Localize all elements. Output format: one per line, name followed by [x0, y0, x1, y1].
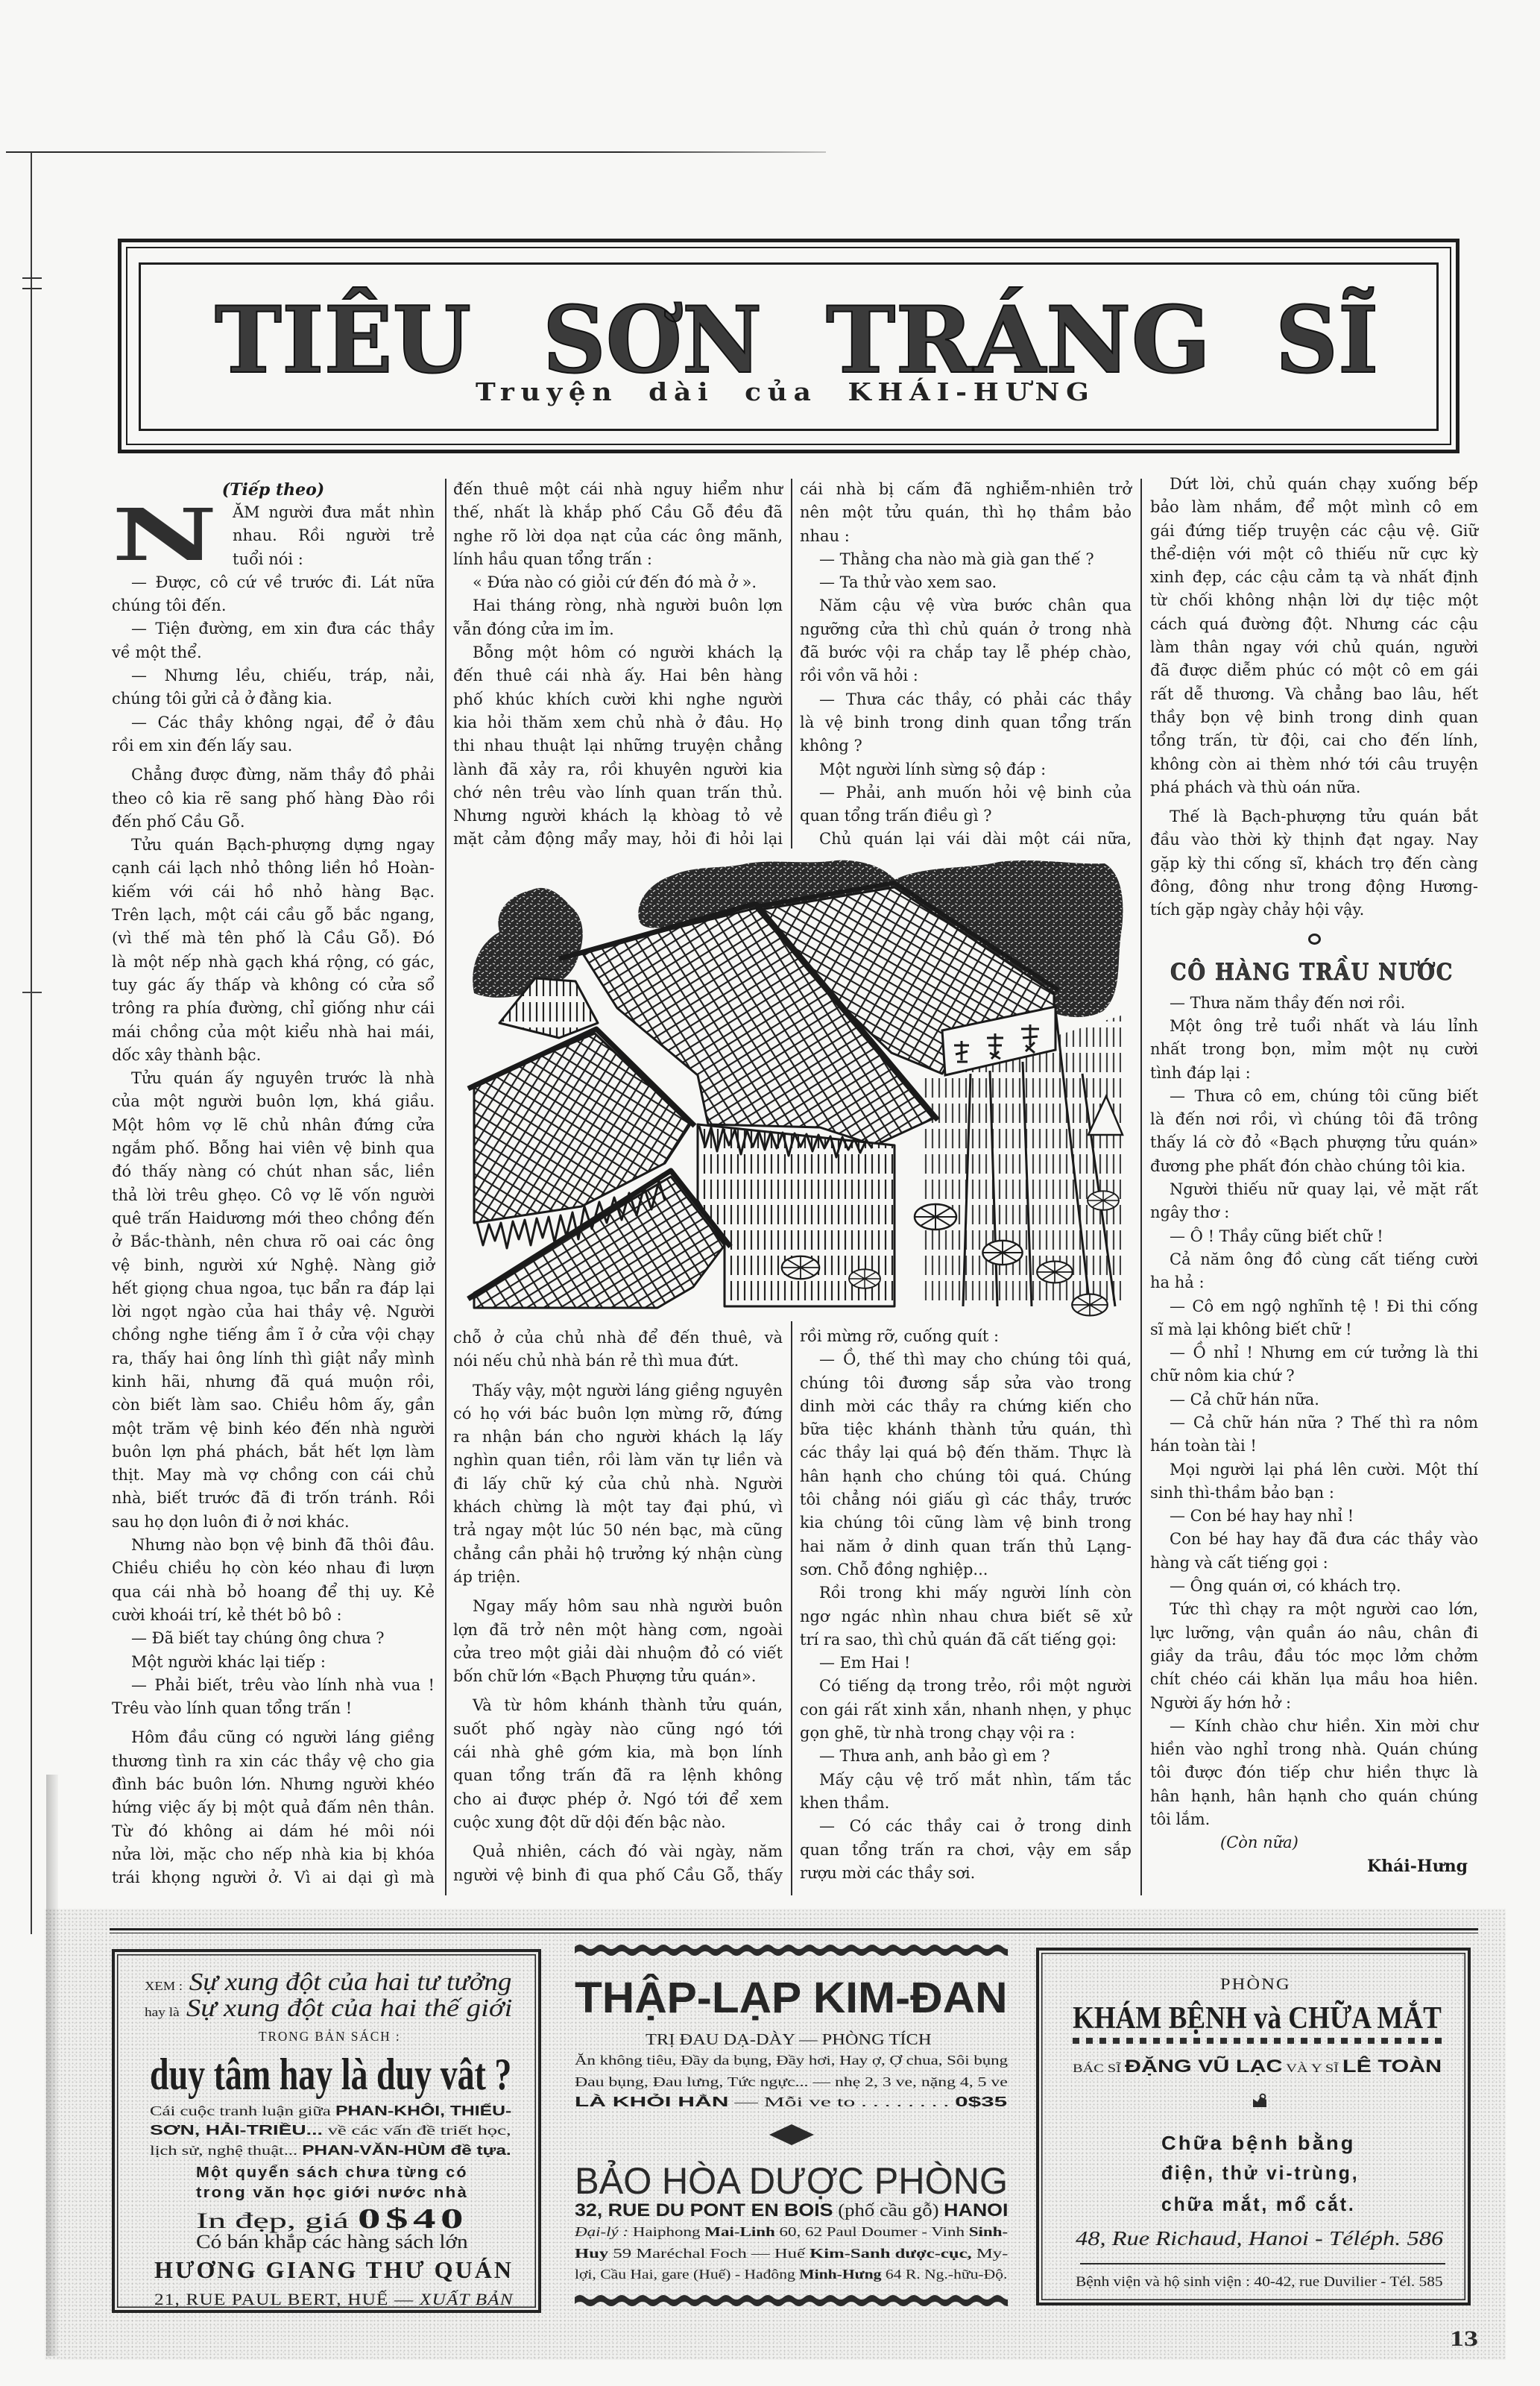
- doctor-name: ĐẶNG VŨ LẠC: [1125, 2056, 1283, 2077]
- text-line: Hôm đầu cũng có người láng giềng: [112, 1726, 435, 1749]
- text-line: (vì thế mà tên phố là Cầu Gỗ). Đó: [112, 927, 435, 950]
- text-line: thi nhau thuật lại những truyện chẳng: [453, 734, 783, 758]
- text-line: ở Bắc-thành, nên chưa rõ oai các ông: [112, 1230, 435, 1253]
- text-line: rồi vồn vã hỏi :: [800, 664, 1132, 687]
- text-line: Một người lính sừng sộ đáp :: [800, 758, 1132, 781]
- ad-clinic-address: 48, Rue Richaud, Hanoi - Téléph. 586: [1076, 2226, 1443, 2250]
- text-line: đến thuê cái nhà ấy. Hai bên hàng: [453, 664, 783, 687]
- address: 21, RUE PAUL BERT, HUẾ —: [154, 2290, 420, 2308]
- paragraph: — Cô em ngộ nghĩnh tệ ! Đi thi cốngsĩ mà…: [1150, 1295, 1478, 1342]
- text-line: Hai tháng ròng, nhà người buôn lợn: [453, 594, 783, 617]
- text-line: — Thằng cha nào mà già gan thế ?: [800, 548, 1132, 571]
- text-line: kinh hãi, nhưng đã quá muộn rồi,: [112, 1370, 435, 1394]
- ad-book-availability: Có bán khắp các hàng sách lớn: [196, 2231, 468, 2253]
- names: PHAN-VĂN-HÙM đề tựa.: [302, 2143, 511, 2158]
- text-line: — Thưa các thầy, có phải các thầy: [800, 688, 1132, 711]
- paragraph: Có tiếng dạ trong trẻo, rồi một ngườicon…: [800, 1675, 1132, 1745]
- page-edge-shadow: [46, 1775, 58, 2356]
- text-line: — Có các thầy cai ở trong dinh: [800, 1815, 1132, 1838]
- paragraph: — Các thầy không ngại, để ở đâurồi em xi…: [112, 711, 435, 758]
- text-line: tuổi nói :: [233, 548, 435, 571]
- text-line: cái nhà bị cấm đã nghiễm-nhiên trở: [800, 478, 1132, 501]
- page-margin-line: [31, 152, 32, 1934]
- text-line: chồng nghe tiếng ầm ĩ ở cửa vội chạy: [112, 1323, 435, 1347]
- paragraph: Mọi người lại phá lên cười. Một thísinh …: [1150, 1458, 1478, 1505]
- ad-clinic-rule: [1080, 2263, 1445, 2264]
- paragraph: Chẳng được đừng, năm thầy đồ phảitheo cô…: [112, 764, 435, 834]
- text-line: hết giọng chua ngoa, tục bẩn ra đáp lại: [112, 1277, 435, 1300]
- text-line: lực lưỡng, vận quần áo nâu, chân đi: [1150, 1622, 1478, 1645]
- text-line: không còn ai thèm nhớ tới câu truyện: [1150, 753, 1478, 776]
- column-4-part-2-text: — Thưa năm thầy đến nơi rồi.Một ông trẻ …: [1150, 992, 1478, 1832]
- ad-book: XEM :Sự xung đột của hai tư tưởng hay là…: [112, 1949, 541, 2313]
- paragraph: Chủ quán lại vái dài một cái nữa,: [800, 828, 1132, 851]
- paragraph: đến thuê một cái nhà nguy hiểm nhưthế, n…: [453, 478, 783, 571]
- paragraph: — Em Hai !: [800, 1652, 1132, 1675]
- text-line: chỗ ở của chủ nhà để đến thuê, và: [453, 1326, 783, 1350]
- text-line: chúng tôi gửi cả ở đằng kia.: [112, 687, 435, 711]
- text-line: — Ô ! Thầy cũng biết chữ !: [1150, 1225, 1478, 1248]
- text-line: Trên lạch, một cái cầu gỗ bắc ngang,: [112, 904, 435, 927]
- paragraph: Dứt lời, chủ quán chạy xuống bếpbảo làm …: [1150, 473, 1478, 799]
- column-2-bottom: chỗ ở của chủ nhà để đến thuê, vànói nếu…: [453, 1326, 783, 1887]
- text-line: đi lấy chữ ký của chủ nhà. Người: [453, 1473, 783, 1496]
- text-line: trông ra phía đường, chỉ giống như cái: [112, 997, 435, 1020]
- text-line: lợn đã trở nên một hàng cơm, ngoài: [453, 1619, 783, 1642]
- text-line: Rồi trong khi mấy người lính còn: [800, 1581, 1132, 1605]
- text-line: dốc xây thành bậc.: [112, 1044, 435, 1067]
- text-line: Trêu vào lính quan tổng trấn !: [112, 1697, 435, 1720]
- text-line: Cả năm ông đồ cùng cất tiếng cười: [1150, 1248, 1478, 1271]
- text-line: các thầy lại quá bộ đến thăm. Thực là: [800, 1441, 1132, 1464]
- text-line: ĂM người đưa mắt nhìn: [233, 501, 435, 524]
- text-line: rượu mời các thầy sơi.: [800, 1862, 1132, 1885]
- text-line: buôn lợn phá phách, bắt hết lợn làm: [112, 1441, 435, 1464]
- drop-cap: N: [112, 501, 233, 570]
- ad-pharmacy-agents: lợi, Cầu Hai, gare (Huế) - Hađông Minh-H…: [575, 2266, 1008, 2282]
- text-line: qua cái nhà bỏ hoang để thị uy. Kẻ: [112, 1581, 435, 1604]
- text-line: dinh mời các thầy ra chứng kiến cho: [800, 1395, 1132, 1418]
- address-role: XUẤT BẢN: [420, 2290, 514, 2308]
- drop-cap-letter: N: [112, 501, 218, 570]
- text-line: quê trấn Haidương mới theo chồng đến: [112, 1207, 435, 1230]
- text-line: đình bác buôn lớn. Nhưng người khéo: [112, 1773, 435, 1796]
- text-line: Có tiếng dạ trong trẻo, rồi một người: [800, 1675, 1132, 1698]
- doctor-title: BÁC SĨ: [1073, 2062, 1125, 2075]
- text-line: ngắm phố. Bỗng hai viên vệ binh qua: [112, 1137, 435, 1160]
- ad-medicine: THẬP-LẠP KIM-ĐAN TRỊ ĐAU DẠ-DÀY — PHÒNG …: [575, 1939, 1008, 2311]
- paragraph: Quả nhiên, cách đó vài ngày, nămngười vệ…: [453, 1840, 783, 1887]
- text-line: đương phe phất đón chào chúng tôi kia.: [1150, 1155, 1478, 1178]
- eye-ornament-icon: [1252, 2092, 1268, 2109]
- text-line: nhau. Rồi người trẻ: [233, 524, 435, 547]
- paragraph: Thế là Bạch-phượng tửu quán bắtđầu vào t…: [1150, 805, 1478, 922]
- diamond-ornament-icon: [769, 2124, 814, 2145]
- text-line: giầy da trâu, đầu tóc mọc lởm chởm: [1150, 1645, 1478, 1668]
- text-line: Tức thì chạy ra một người cao lớn,: [1150, 1598, 1478, 1621]
- ad-book-title-b: Sự xung đột của hai thế giới: [186, 1995, 512, 2022]
- text-line: đông, đông như trong động Hương-: [1150, 875, 1478, 898]
- byline-subtitle: Truyện dài của KHÁI-HƯNG: [476, 380, 1096, 404]
- text-line: — Tiện đường, em xin đưa các thầy: [112, 617, 435, 640]
- ad-book-price-line: In đẹp, giá 0$40: [196, 2204, 468, 2234]
- text-line: hán toàn tài !: [1150, 1435, 1478, 1458]
- text-line: Năm cậu vệ vừa bước chân qua: [800, 594, 1132, 617]
- text-line: thầy bọn vệ binh trong dinh quan: [1150, 706, 1478, 729]
- text-line: tôi chẳng nói giấu gì các thầy, trước: [800, 1488, 1132, 1511]
- paragraph: — Nhưng lều, chiếu, tráp, nải,chúng tôi …: [112, 664, 435, 711]
- paragraph: — Đã biết tay chúng ông chưa ?: [112, 1627, 435, 1650]
- text-line: chúng tôi đến.: [112, 594, 435, 617]
- text-line: tôi lắm.: [1150, 1808, 1478, 1831]
- text-line: đã bước vội ra chắp tay lễ phép chào,: [800, 641, 1132, 664]
- text-line: Ngay mấy hôm sau nhà người buôn: [453, 1595, 783, 1618]
- paragraph: Ngay mấy hôm sau nhà người buônlợn đã tr…: [453, 1595, 783, 1688]
- ad-clinic: PHÒNG KHÁM BỆNH và CHỮA MẮT BÁC SĨ ĐẶNG …: [1036, 1948, 1471, 2305]
- text-line: nhau :: [800, 525, 1132, 548]
- text-line: nói nếu chủ nhà bán rẻ thì mua đứt.: [453, 1350, 783, 1373]
- text-line: ra nhận bán cho người khách lạ lấy: [453, 1426, 783, 1449]
- paragraph: — Ông quán ơi, có khách trọ.: [1150, 1575, 1478, 1598]
- text-line: Mấy cậu vệ trố mắt nhìn, tấm tắc: [800, 1769, 1132, 1792]
- ad-book-hay-la: hay là: [145, 2005, 180, 2019]
- text-line: Chủ quán lại vái dài một cái nữa,: [800, 828, 1132, 851]
- column-3-bottom: rồi mừng rỡ, cuống quít :— Ồ, thế thì ma…: [800, 1325, 1132, 1885]
- text-line: đến phố Cầu Gỗ.: [112, 810, 435, 834]
- text-line: nghìn quan tiền, rồi làm văn tự liền và: [453, 1449, 783, 1472]
- ad-book-tagline: trong văn học giới nước nhà: [196, 2184, 468, 2202]
- text-line: — Phải, anh muốn hỏi vệ binh của: [800, 781, 1132, 805]
- column-rule: [791, 1321, 792, 1895]
- text-line: ra, thấy hai ông lính thì giật nẩy mình: [112, 1347, 435, 1370]
- text-line: khen thầm.: [800, 1792, 1132, 1815]
- paragraph: Cả năm ông đồ cùng cất tiếng cườiha hả :: [1150, 1248, 1478, 1295]
- cure: LÀ KHỎI HẲN: [575, 2094, 729, 2109]
- page-number: 13: [1450, 2326, 1478, 2352]
- text-line: kiếm với cái hồ nhỏ hàng Bạc.: [112, 881, 435, 904]
- price-label: In đẹp, giá: [196, 2209, 358, 2233]
- text-line: rất dễ thương. Và chẳng bao lâu, hết: [1150, 683, 1478, 706]
- text-line: đó thấy nàng có chút nhan sắc, liền: [112, 1160, 435, 1183]
- text-line: Mọi người lại phá lên cười. Một thí: [1150, 1458, 1478, 1482]
- text-line: trả ngay một lúc 50 nén bạc, mà cũng: [453, 1519, 783, 1542]
- text-line: phố khúc khích cười khi nghe người: [453, 688, 783, 711]
- text-line: cách quá đường đột. Nhưng các cậu: [1150, 613, 1478, 636]
- text-line: tôi được đón tiếp chư hiền thực là: [1150, 1761, 1478, 1784]
- ad-medicine-indication: TRỊ ĐAU DẠ-DÀY — PHÒNG TÍCH: [646, 2030, 932, 2048]
- text-line: Một hôm vợ lẽ chủ nhân đứng cửa: [112, 1114, 435, 1137]
- text-line: chữ nôm kia chứ ?: [1150, 1364, 1478, 1388]
- paragraph: Năm cậu vệ vừa bước chân quangưỡng cửa t…: [800, 594, 1132, 687]
- agents-label: Đại-lý :: [575, 2224, 628, 2239]
- street-note: (phố cầu gỗ): [833, 2201, 944, 2220]
- text-line: lời ngọt ngào của hai thầy vệ. Người: [112, 1300, 435, 1323]
- ad-book-publisher: HƯƠNG GIANG THƯ QUÁN: [154, 2256, 514, 2283]
- paragraph: Người thiếu nữ quay lại, vẻ mặt rấtngây …: [1150, 1178, 1478, 1225]
- names: PHAN-KHÔI, THIẾU-: [335, 2103, 511, 2118]
- text-line: đến thuê một cái nhà nguy hiểm như: [453, 478, 783, 501]
- text-line: nhất trong bọn, mỉm một nụ cười: [1150, 1038, 1478, 1061]
- text-line: — Thưa năm thầy đến nơi rồi.: [1150, 992, 1478, 1015]
- ad-medicine-price-line: LÀ KHỎI HẲN — Mỗi ve to . . . . . . . . …: [575, 2093, 1008, 2111]
- text-line: Thế là Bạch-phượng tửu quán bắt: [1150, 805, 1478, 828]
- ad-book-address: 21, RUE PAUL BERT, HUẾ — XUẤT BẢN: [154, 2290, 514, 2309]
- ad-pharmacy-address: 32, RUE DU PONT EN BOIS (phố cầu gỗ) HAN…: [575, 2200, 1008, 2221]
- text-line: bảo làm nhắm, để một mình cô em: [1150, 496, 1478, 519]
- text-line: thương tình ra xin các thầy vệ cho gia: [112, 1750, 435, 1773]
- ad-book-title-a: Sự xung đột của hai tư tưởng: [189, 1968, 512, 1996]
- column-rule: [445, 479, 446, 1895]
- conjunction: VÀ Y SĨ: [1283, 2062, 1342, 2075]
- wavy-border-top: [575, 1941, 1008, 1959]
- dotted-ornament-row: [1073, 2038, 1442, 2044]
- text-line: Bỗng một hôm có người khách lạ: [453, 641, 783, 664]
- text-line: chẳng cần phải hộ trưởng ký nhận cùng: [453, 1543, 783, 1566]
- wavy-border-bottom: [575, 2291, 1008, 2309]
- ad-clinic-kicker: PHÒNG: [1220, 1974, 1291, 1994]
- title-word: TIÊU: [215, 295, 471, 387]
- paragraph: « Đứa nào có giỏi cứ đến đó mà ở ».: [453, 571, 783, 594]
- text-line: khách chừng là một tay đại phú, vì: [453, 1496, 783, 1519]
- text-line: kia chúng tôi cũng làm vệ binh trong: [800, 1511, 1132, 1534]
- text-line: nửa lời, mặc cho nếp nhà kia bị khóa: [112, 1843, 435, 1866]
- text-line: thể-diện với một cô thiếu nữ cực kỳ: [1150, 543, 1478, 566]
- section-heading: CÔ HÀNG TRẦU NƯỚC: [1150, 955, 1478, 988]
- paragraph: — Thưa năm thầy đến nơi rồi.: [1150, 992, 1478, 1015]
- text-line: Chẳng được đừng, năm thầy đồ phải: [112, 764, 435, 787]
- illustration-tavern-roofs: [447, 850, 1148, 1327]
- paragraph: Và từ hôm khánh thành tửu quán,suốt phố …: [453, 1694, 783, 1834]
- text-line: Thấy vậy, một người láng giềng nguyên: [453, 1379, 783, 1403]
- text-line: nghe rõ lời dọa nạt của các ông mãnh,: [453, 525, 783, 548]
- text-line: chớ nên trêu vào lính quan trấn thủ.: [453, 781, 783, 805]
- ad-clinic-service: chữa mắt, mổ cắt.: [1161, 2192, 1356, 2216]
- text-line: quan tổng trấn điều gì ?: [800, 805, 1132, 828]
- text-line: tổng trấn, từ đội, cai cho đến lính,: [1150, 729, 1478, 752]
- leader-dots: . . . . . . . .: [855, 2094, 955, 2109]
- text-line: quan tổng trấn đã ra lệnh không: [453, 1764, 783, 1787]
- text-line: — Cả chữ hán nữa ? Thế thì ra nôm: [1150, 1411, 1478, 1435]
- text-line: đầu vào thời kỳ thịnh đạt ngay. Nay: [1150, 828, 1478, 852]
- text-line: thả lời trêu ghẹo. Cô vợ lẽ vốn người: [112, 1184, 435, 1207]
- agent-name: Minh-Hưng: [799, 2267, 881, 2282]
- paragraph: Thấy vậy, một người láng giềng nguyêncó …: [453, 1379, 783, 1590]
- text-line: Con bé hay hay đã đưa các thầy vào: [1150, 1528, 1478, 1551]
- paragraph: — Tiện đường, em xin đưa các thầyvề một …: [112, 617, 435, 664]
- text-line: mặt cảm động mẩy may, hỏi đi hỏi lại: [453, 828, 783, 851]
- column-3-top-text: cái nhà bị cấm đã nghiễm-nhiên trởnên mộ…: [800, 478, 1132, 852]
- column-2-top-text: đến thuê một cái nhà nguy hiểm nhưthế, n…: [453, 478, 783, 852]
- ad-book-xem: XEM :: [145, 1979, 183, 1993]
- text-line: Người thiếu nữ quay lại, vẻ mặt rất: [1150, 1178, 1478, 1201]
- agent-name: Kim-Sanh dược-cục,: [810, 2246, 972, 2261]
- text: 64 R. Ng.-hữu-Độ.: [881, 2267, 1007, 2282]
- text-line: thấy lá cờ đỏ «Bạch phượng tửu quán»: [1150, 1131, 1478, 1154]
- agent-name: Huy: [575, 2246, 608, 2261]
- text-line: Và từ hôm khánh thành tửu quán,: [453, 1694, 783, 1717]
- text-line: — Ồ, thế thì may cho chúng tôi quá,: [800, 1348, 1132, 1371]
- ad-book-headline: duy tâm hay là duy vât ?: [150, 2050, 511, 2098]
- text-line: không ?: [800, 734, 1132, 758]
- text-line: cái nhà ghê gớm kia, mà bọn lính: [453, 1741, 783, 1764]
- text-line: sơn. Chỗ đồng nghiệp...: [800, 1558, 1132, 1581]
- column-2-bottom-text: chỗ ở của chủ nhà để đến thuê, vànói nếu…: [453, 1326, 783, 1887]
- ad-book-desc-line: lịch sử, nghệ thuật... PHAN-VĂN-HÙM đề t…: [150, 2141, 511, 2159]
- paragraph: Hôm đầu cũng có người láng giềngthương t…: [112, 1726, 435, 1889]
- ad-pharmacy-agents: Đại-lý : Haiphong Mai-Linh 60, 62 Paul D…: [575, 2223, 1008, 2240]
- text-line: nhà, biết trước đã đi trốn tránh. Rồi: [112, 1487, 435, 1510]
- text-line: — Cả chữ hán nữa.: [1150, 1388, 1478, 1411]
- ad-medicine-symptoms: Ăn không tiêu, Đầy da bụng, Đầy hơi, Hay…: [575, 2052, 1008, 2068]
- text-line: cạnh cái lạch nhỏ thông liền hồ Hoàn-: [112, 857, 435, 880]
- text-line: sĩ mà lại không biết chữ !: [1150, 1318, 1478, 1341]
- text-line: — Cô em ngộ nghĩnh tệ ! Đi thi cống: [1150, 1295, 1478, 1318]
- paragraph: — Thằng cha nào mà già gan thế ?: [800, 548, 1132, 571]
- ad-pharmacy-name: BẢO HÒA DƯỢC PHÒNG: [575, 2161, 1008, 2201]
- paragraph: Con bé hay hay đã đưa các thầy vàohàng v…: [1150, 1528, 1478, 1575]
- text-line: vệ binh, người xứ Nghệ. Nàng giở: [112, 1254, 435, 1277]
- paragraph: Một người lính sừng sộ đáp :: [800, 758, 1132, 781]
- text: Haiphong: [628, 2224, 704, 2239]
- text-line: có họ với bác buôn lợn mừng rỡ, đứng: [453, 1403, 783, 1426]
- paragraph: cái nhà bị cấm đã nghiễm-nhiên trởnên mộ…: [800, 478, 1132, 548]
- text-line: — Nhưng lều, chiếu, tráp, nải,: [112, 664, 435, 687]
- text-line: rồi em xin đến lấy sau.: [112, 734, 435, 758]
- text-line: ngây thơ :: [1150, 1201, 1478, 1224]
- paragraph: — Thưa anh, anh bảo gì em ?: [800, 1745, 1132, 1768]
- ad-book-in-book: TRONG BẢN SÁCH :: [259, 2028, 401, 2045]
- paragraph: Bỗng một hôm có người khách lạđến thuê c…: [453, 641, 783, 852]
- column-1: (Tiếp theo) NĂM người đưa mắt nhìnnhau. …: [112, 479, 435, 1890]
- text-line: cho ai được phép ở. Ngó tới để xem: [453, 1788, 783, 1811]
- price: 0$35: [955, 2094, 1007, 2109]
- text-line: lành đã xảy ra, rồi khuyên người kia: [453, 758, 783, 781]
- paragraph: Một ông trẻ tuổi nhất và láu lỉnhnhất tr…: [1150, 1015, 1478, 1085]
- agent-name: Sinh-: [969, 2224, 1008, 2239]
- assistant-name: LÊ TOÀN: [1342, 2056, 1442, 2077]
- text-line: ngơ ngác nhìn nhau chưa biết sẽ xử: [800, 1605, 1132, 1628]
- text-line: tình đáp lại :: [1150, 1062, 1478, 1085]
- text-line: — Con bé hay hay nhỉ !: [1150, 1505, 1478, 1528]
- text-line: Người ấy hớn hở :: [1150, 1692, 1478, 1715]
- paragraph: — Được, cô cứ về trước đi. Lát nữachúng …: [112, 571, 435, 618]
- text-line: Nhưng người khách lạ khòag tỏ vẻ: [453, 805, 783, 828]
- text-line: Nhưng nào bọn vệ binh đã thôi đâu.: [112, 1534, 435, 1557]
- text-line: Quả nhiên, cách đó vài ngày, năm: [453, 1840, 783, 1863]
- paragraph: Hai tháng ròng, nhà người buôn lợnvẫn đó…: [453, 594, 783, 641]
- paragraph: — Con bé hay hay nhỉ !: [1150, 1505, 1478, 1528]
- text-line: ngưỡng cửa thì chủ quán ở trong nhà: [800, 618, 1132, 641]
- text-line: cuộc xung đột dữ dội đến bậc nào.: [453, 1811, 783, 1834]
- text-line: nên một tửu quán, thì họ thầm bảo: [800, 501, 1132, 524]
- per-bottle: — Mỗi ve to: [729, 2094, 856, 2109]
- text-line: — Các thầy không ngại, để ở đâu: [112, 711, 435, 734]
- ad-pharmacy-agents: Huy 59 Maréchal Foch — Huế Kim-Sanh dược…: [575, 2245, 1008, 2261]
- text: 60, 62 Paul Doumer - Vinh: [775, 2224, 969, 2239]
- street: 32, RUE DU PONT EN BOIS: [575, 2200, 833, 2220]
- text-line: — Em Hai !: [800, 1652, 1132, 1675]
- paragraph: — Cả chữ hán nữa ? Thế thì ra nômhán toà…: [1150, 1411, 1478, 1458]
- text-line: về một thể.: [112, 641, 435, 664]
- title-word: SĨ: [1275, 295, 1378, 387]
- city: HANOI: [944, 2200, 1008, 2220]
- paragraph: — Ô ! Thầy cũng biết chữ !: [1150, 1225, 1478, 1248]
- text-line: sinh thì-thầm bảo bạn :: [1150, 1482, 1478, 1505]
- text-line: trái khọng người ở. Vì ai dại gì mà: [112, 1866, 435, 1889]
- text-line: — Thưa cô em, chúng tôi cũng biết: [1150, 1085, 1478, 1108]
- text: My-: [972, 2246, 1009, 2261]
- text-line: cười khoái trí, kẻ thét bô bô :: [112, 1604, 435, 1627]
- text: Cái cuộc tranh luận giữa: [150, 2103, 335, 2118]
- ad-clinic-service: Chữa bệnh bằng: [1161, 2131, 1356, 2155]
- text-line: một trăm vệ binh kéo đến nhà người: [112, 1417, 435, 1441]
- paragraph: — Ồ, thế thì may cho chúng tôi quá,chúng…: [800, 1348, 1132, 1581]
- paragraph: — Kính chào chư hiền. Xin mời chưhiền và…: [1150, 1715, 1478, 1831]
- binding-mark: [22, 992, 42, 1001]
- text-line: áp triện.: [453, 1566, 783, 1589]
- paragraph: Tửu quán ấy nguyên trước là nhàcủa một n…: [112, 1067, 435, 1534]
- text-line: Từ đó không ai dám hé môi nói: [112, 1820, 435, 1843]
- column-4-part-1-text: Dứt lời, chủ quán chạy xuống bếpbảo làm …: [1150, 473, 1478, 922]
- text-line: trí ra sao, thì chủ quán đã cất tiếng gọ…: [800, 1628, 1132, 1652]
- text-line: tuy gác ấy thấp và không có cửa sổ: [112, 974, 435, 997]
- text-line: — Ta thử vào xem sao.: [800, 571, 1132, 594]
- text-line: theo cô kia rẽ sang phố hàng Đào rồi: [112, 787, 435, 810]
- text-line: hân hạnh cho chúng tôi quá. Chúng: [800, 1465, 1132, 1488]
- column-4: Dứt lời, chủ quán chạy xuống bếpbảo làm …: [1150, 473, 1478, 1878]
- paragraph: — Phải, anh muốn hỏi vệ binh củaquan tổn…: [800, 781, 1132, 828]
- text-line: là một nếp nhà gạch khá rộng, có gác,: [112, 951, 435, 974]
- text-line: chít chéo cái khăn lụa mầu hoa hiên.: [1150, 1668, 1478, 1691]
- text-line: bốn chữ lớn «Bạch Phượng tửu quán».: [453, 1665, 783, 1688]
- text-line: quan tổng trấn ra chơi, vậy em sắp: [800, 1839, 1132, 1862]
- text-line: Dứt lời, chủ quán chạy xuống bếp: [1150, 473, 1478, 496]
- ad-book-desc-line: SƠN, HẢI-TRIỀU... về các vấn đề triết họ…: [150, 2121, 511, 2139]
- text-line: Một ông trẻ tuổi nhất và láu lỉnh: [1150, 1015, 1478, 1038]
- text-line: đã được diễm phúc có một cô em gái: [1150, 659, 1478, 682]
- text-line: hứng việc ấy bị một quả đấm nên thân.: [112, 1796, 435, 1819]
- ring-ornament-icon: [1150, 922, 1478, 955]
- text-line: — Phải biết, trêu vào lính nhà vua !: [112, 1674, 435, 1697]
- text-line: xinh đẹp, các cậu cảm tạ và nhất định: [1150, 566, 1478, 589]
- text-line: gặp kỳ thi cống sĩ, khách trọ đến càng: [1150, 852, 1478, 875]
- text-line: bữa tiệc khánh thành tửu quán, thì: [800, 1418, 1132, 1441]
- text-line: phá phách và thù oán nữa.: [1150, 776, 1478, 799]
- text-line: hiền vào nghỉ trong nhà. Quán chúng: [1150, 1738, 1478, 1761]
- title-word: TRÁNG: [826, 295, 1211, 387]
- text-line: kia hỏi thăm xem chủ nhà ở đâu. Họ: [453, 711, 783, 734]
- ad-medicine-symptoms: Đau bụng, Đau lưng, Tức ngực... — nhẹ 2,…: [575, 2074, 1008, 2090]
- text-line: từ chối không nhận lời dự tiệc một: [1150, 589, 1478, 612]
- paragraph: chỗ ở của chủ nhà để đến thuê, vànói nếu…: [453, 1326, 783, 1373]
- text-line: gái đứng tiếp truyện các cậu vệ. Giữ: [1150, 520, 1478, 543]
- text-line: « Đứa nào có giỏi cứ đến đó mà ở ».: [453, 571, 783, 594]
- column-3-bottom-text: rồi mừng rỡ, cuống quít :— Ồ, thế thì ma…: [800, 1325, 1132, 1885]
- text-line: còn biết làm sao. Chiều hôm ấy, gần: [112, 1394, 435, 1417]
- text-line: hân hạnh, hân hạnh cho quán chúng: [1150, 1785, 1478, 1808]
- paragraph: — Có các thầy cai ở trong dinhquan tổng …: [800, 1815, 1132, 1885]
- paragraph: — Ta thử vào xem sao.: [800, 571, 1132, 594]
- text: lịch sử, nghệ thuật...: [150, 2143, 302, 2158]
- ad-clinic-title: KHÁM BỆNH và CHỮA MẮT: [1073, 2001, 1442, 2036]
- text-line: là vệ binh trong dinh quan tổng trấn: [800, 711, 1132, 734]
- text-line: — Kính chào chư hiền. Xin mời chư: [1150, 1715, 1478, 1738]
- ad-book-line-2: hay làSự xung đột của hai thế giới: [145, 1994, 512, 2024]
- text-line: — Thưa anh, anh bảo gì em ?: [800, 1745, 1132, 1768]
- text-line: làm thân ngay với chủ quán, người: [1150, 636, 1478, 659]
- agent-name: Mai-Linh: [704, 2224, 775, 2239]
- paragraph: — Thưa các thầy, có phải các thầylà vệ b…: [800, 688, 1132, 758]
